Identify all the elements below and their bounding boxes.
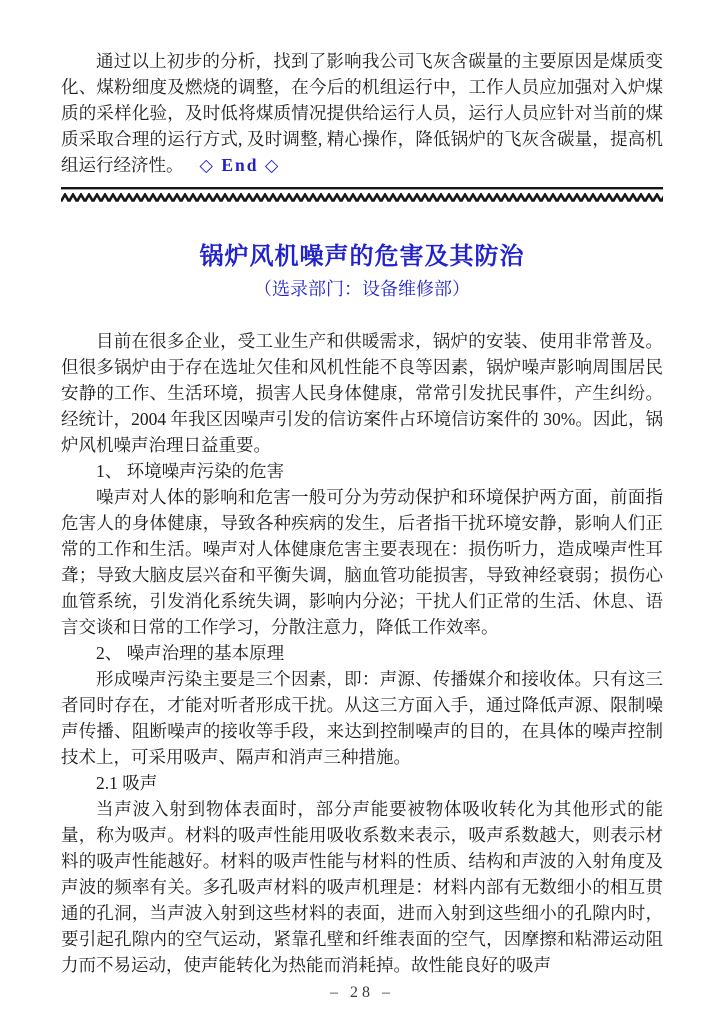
article-paragraph: 形成噪声污染主要是三个因素，即：声源、传播媒介和接收体。只有这三者同时存在，才能… xyxy=(61,666,663,770)
end-marker: ◇ End ◇ xyxy=(200,155,281,175)
prev-article-closing-paragraph: 通过以上初步的分析，找到了影响我公司飞灰含碳量的主要原因是煤质变化、煤粉细度及燃… xyxy=(61,48,663,178)
page-footer: – 28 – xyxy=(0,984,724,1002)
page-content: 通过以上初步的分析，找到了影响我公司飞灰含碳量的主要原因是煤质变化、煤粉细度及燃… xyxy=(0,0,724,978)
article-paragraph: 目前在很多企业，受工业生产和供暖需求，锅炉的安装、使用非常普及。但很多锅炉由于存… xyxy=(61,328,663,458)
article-paragraph: 噪声对人体的影响和危害一般可分为劳动保护和环境保护两方面，前面指危害人的身体健康… xyxy=(61,484,663,640)
article-subtitle: （选录部门：设备维修部） xyxy=(61,276,663,302)
page-number: – 28 – xyxy=(330,984,394,1001)
document-page: 通过以上初步的分析，找到了影响我公司飞灰含碳量的主要原因是煤质变化、煤粉细度及燃… xyxy=(0,0,724,1024)
article-paragraph: 当声波入射到物体表面时，部分声能要被物体吸收转化为其他形式的能量，称为吸声。材料… xyxy=(61,796,663,978)
zigzag-divider xyxy=(61,187,663,203)
article-title: 锅炉风机噪声的危害及其防治 xyxy=(61,241,663,273)
section-heading: 1、 环境噪声污染的危害 xyxy=(61,458,663,484)
article-body: 目前在很多企业，受工业生产和供暖需求，锅炉的安装、使用非常普及。但很多锅炉由于存… xyxy=(61,328,663,978)
section-heading: 2、 噪声治理的基本原理 xyxy=(61,640,663,666)
divider-zigzag-band xyxy=(61,193,663,203)
divider-rule xyxy=(61,187,663,189)
closing-paragraph-text: 通过以上初步的分析，找到了影响我公司飞灰含碳量的主要原因是煤质变化、煤粉细度及燃… xyxy=(61,51,663,175)
section-heading: 2.1 吸声 xyxy=(61,770,663,796)
